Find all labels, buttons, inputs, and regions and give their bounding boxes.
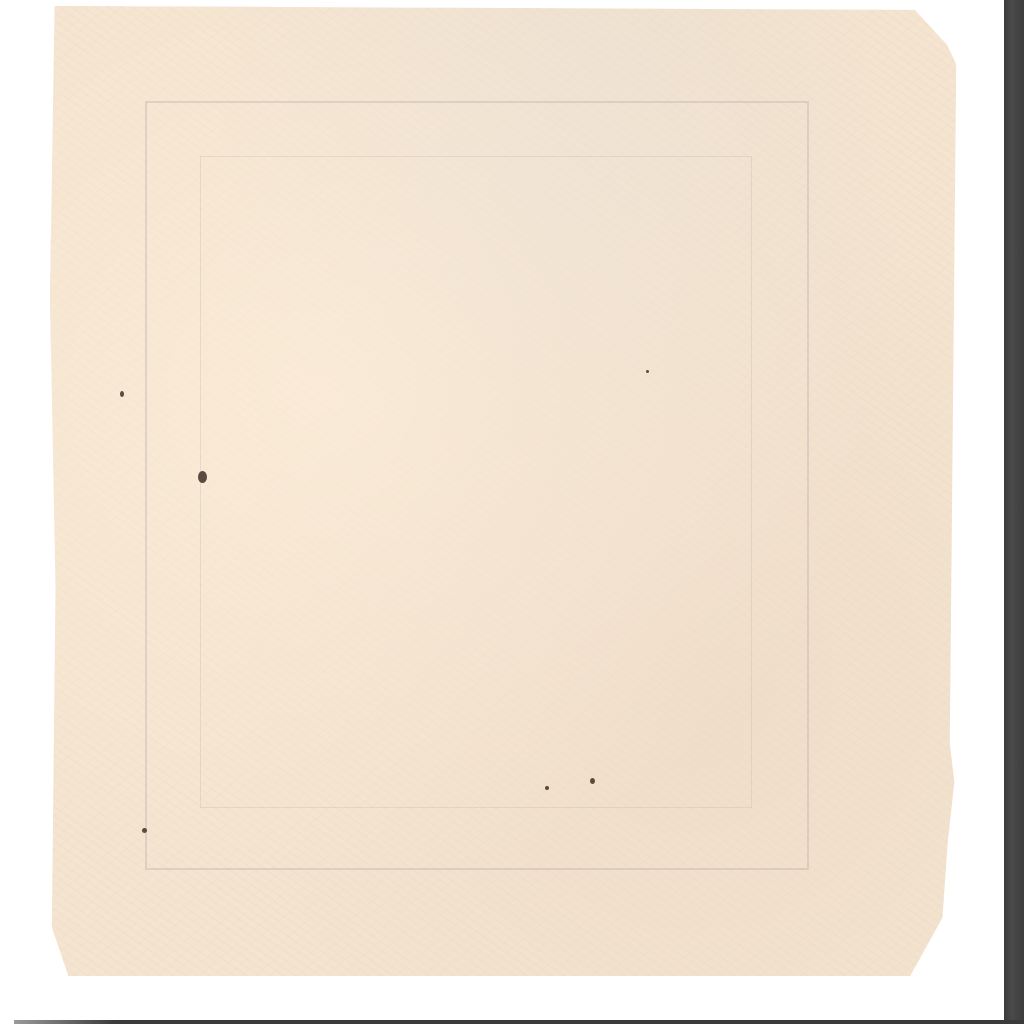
paper-speck	[198, 471, 207, 483]
paper-note-reverse	[50, 6, 970, 976]
paper-speck	[545, 786, 549, 790]
show-through-inner-border	[200, 156, 752, 808]
paper-speck	[590, 778, 595, 784]
paper-speck	[142, 828, 147, 833]
paper-speck	[120, 391, 124, 397]
paper-speck	[646, 370, 649, 373]
edge-bar-right	[1004, 0, 1024, 1024]
edge-bar-bottom	[14, 1020, 1024, 1024]
